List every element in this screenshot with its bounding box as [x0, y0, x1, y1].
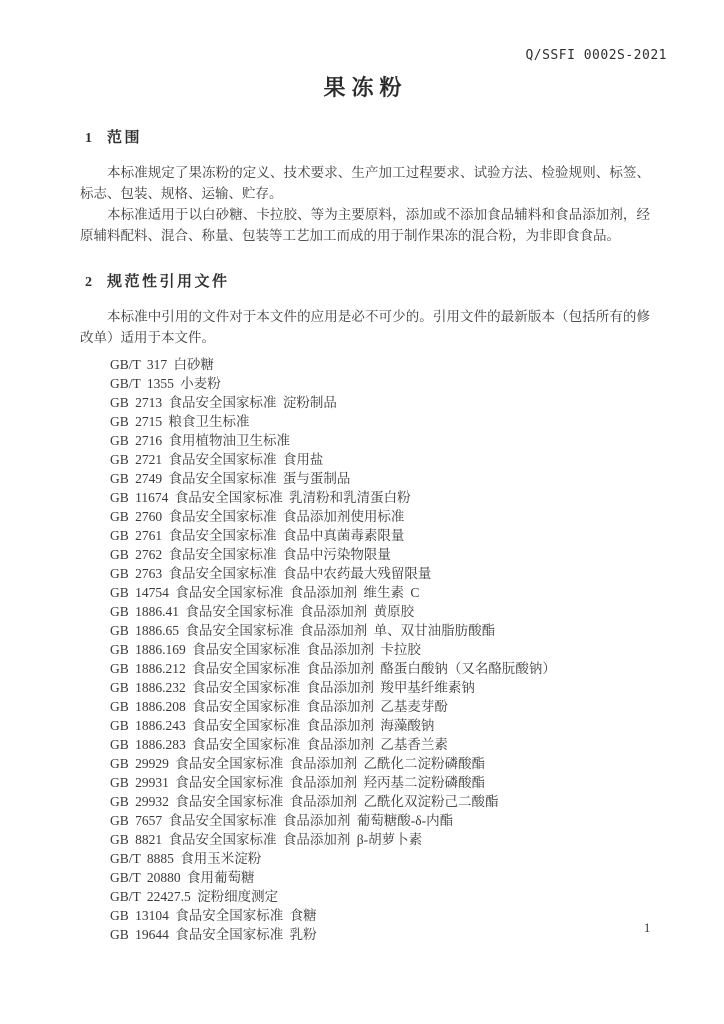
- reference-item: GB 2749 食品安全国家标准 蛋与蛋制品: [110, 469, 650, 488]
- reference-item: GB 1886.41 食品安全国家标准 食品添加剂 黄原胶: [110, 602, 650, 621]
- reference-item: GB 2721 食品安全国家标准 食用盐: [110, 450, 650, 469]
- reference-item: GB 14754 食品安全国家标准 食品添加剂 维生素 C: [110, 583, 650, 602]
- doc-title: 果冻粉: [80, 71, 651, 102]
- section-title: 规范性引用文件: [107, 274, 230, 290]
- reference-item: GB 1886.208 食品安全国家标准 食品添加剂 乙基麦芽酚: [110, 697, 650, 716]
- reference-item: GB 2762 食品安全国家标准 食品中污染物限量: [110, 545, 650, 564]
- section-references-heading: 2规范性引用文件: [80, 270, 650, 291]
- reference-item: GB/T 22427.5 淀粉细度测定: [110, 887, 650, 906]
- reference-item: GB 29929 食品安全国家标准 食品添加剂 乙酰化二淀粉磷酸酯: [110, 754, 650, 773]
- section-normative-references: 2规范性引用文件 本标准中引用的文件对于本文件的应用是必不可少的。引用文件的最新…: [80, 270, 650, 944]
- reference-item: GB 2716 食用植物油卫生标准: [110, 431, 650, 450]
- reference-list: GB/T 317 白砂糖GB/T 1355 小麦粉GB 2713 食品安全国家标…: [80, 355, 650, 944]
- reference-item: GB 2761 食品安全国家标准 食品中真菌毒素限量: [110, 526, 650, 545]
- section-scope-heading: 1范围: [80, 126, 650, 147]
- reference-item: GB/T 20880 食用葡萄糖: [110, 868, 650, 887]
- reference-item: GB 2760 食品安全国家标准 食品添加剂使用标准: [110, 507, 650, 526]
- section-scope: 1范围 本标准规定了果冻粉的定义、技术要求、生产加工过程要求、试验方法、检验规则…: [80, 126, 650, 246]
- reference-item: GB 1886.232 食品安全国家标准 食品添加剂 羧甲基纤维素钠: [110, 678, 650, 697]
- references-intro-paragraph: 本标准中引用的文件对于本文件的应用是必不可少的。引用文件的最新版本（包括所有的修…: [80, 306, 650, 348]
- reference-item: GB 2763 食品安全国家标准 食品中农药最大残留限量: [110, 564, 650, 583]
- reference-item: GB/T 1355 小麦粉: [110, 374, 650, 393]
- section-number: 2: [85, 275, 92, 291]
- section-title: 范围: [107, 130, 142, 146]
- reference-item: GB 7657 食品安全国家标准 食品添加剂 葡萄糖酸-δ-内酯: [110, 811, 650, 830]
- reference-item: GB 2715 粮食卫生标准: [110, 412, 650, 431]
- scope-paragraph-2: 本标准适用于以白砂糖、卡拉胶、等为主要原料，添加或不添加食品辅料和食品添加剂，经…: [80, 204, 650, 246]
- reference-item: GB 11674 食品安全国家标准 乳清粉和乳清蛋白粉: [110, 488, 650, 507]
- reference-item: GB/T 317 白砂糖: [110, 355, 650, 374]
- reference-item: GB 13104 食品安全国家标准 食糖: [110, 906, 650, 925]
- reference-item: GB 1886.243 食品安全国家标准 食品添加剂 海藻酸钠: [110, 716, 650, 735]
- scope-paragraph-1: 本标准规定了果冻粉的定义、技术要求、生产加工过程要求、试验方法、检验规则、标签、…: [80, 162, 650, 204]
- reference-item: GB 1886.65 食品安全国家标准 食品添加剂 单、双甘油脂肪酸酯: [110, 621, 650, 640]
- reference-item: GB 1886.169 食品安全国家标准 食品添加剂 卡拉胶: [110, 640, 650, 659]
- reference-item: GB 19644 食品安全国家标准 乳粉: [110, 925, 650, 944]
- reference-item: GB 1886.283 食品安全国家标准 食品添加剂 乙基香兰素: [110, 735, 650, 754]
- document-page: Q/SSFI 0002S-2021 果冻粉 1范围 本标准规定了果冻粉的定义、技…: [0, 0, 724, 1024]
- document-content: 1范围 本标准规定了果冻粉的定义、技术要求、生产加工过程要求、试验方法、检验规则…: [80, 126, 650, 944]
- doc-number: Q/SSFI 0002S-2021: [80, 48, 667, 63]
- reference-item: GB 29931 食品安全国家标准 食品添加剂 羟丙基二淀粉磷酸酯: [110, 773, 650, 792]
- reference-item: GB 1886.212 食品安全国家标准 食品添加剂 酪蛋白酸钠（又名酪朊酸钠）: [110, 659, 650, 678]
- reference-item: GB/T 8885 食用玉米淀粉: [110, 849, 650, 868]
- reference-item: GB 2713 食品安全国家标准 淀粉制品: [110, 393, 650, 412]
- page-number: 1: [644, 921, 650, 936]
- section-number: 1: [85, 131, 92, 147]
- reference-item: GB 8821 食品安全国家标准 食品添加剂 β-胡萝卜素: [110, 830, 650, 849]
- reference-item: GB 29932 食品安全国家标准 食品添加剂 乙酰化双淀粉己二酸酯: [110, 792, 650, 811]
